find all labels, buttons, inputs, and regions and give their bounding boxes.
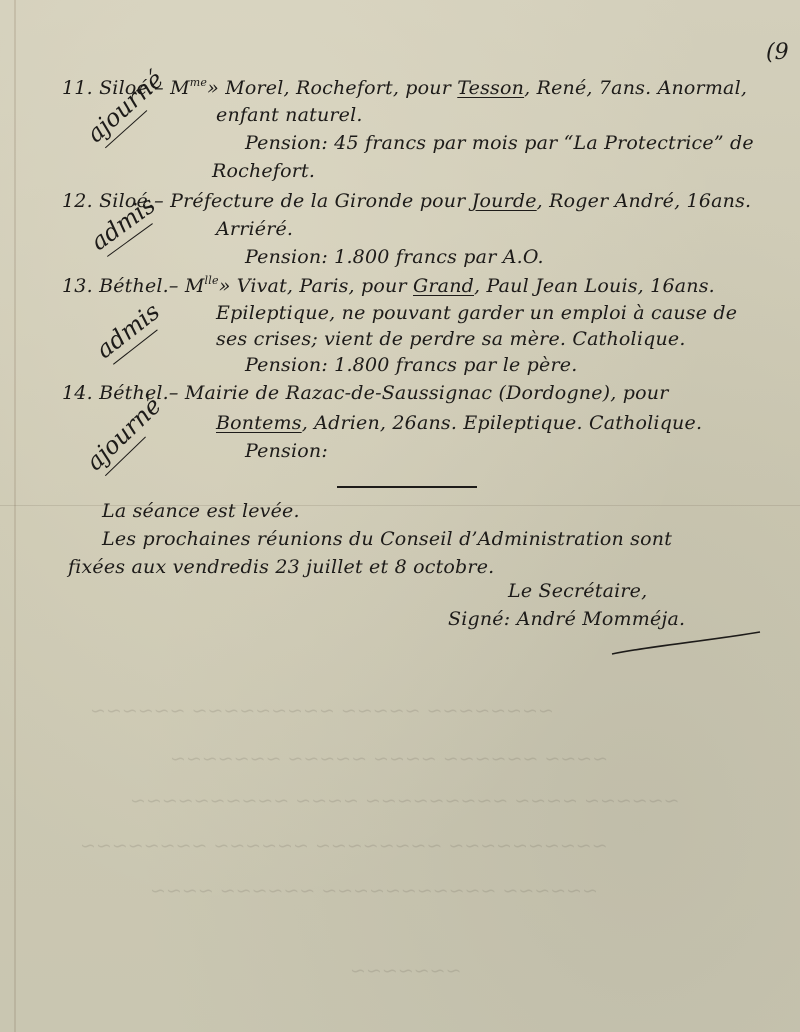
entry-13-line-3: ses crises; vient de perdre sa mère. Cat… <box>216 328 686 350</box>
bleed-through-text: ~~~~~~~~~~ ~~~~~~~~ ~~~~~~ ~~~~~~~~ <box>80 835 608 857</box>
entry-13-line-1: 13. Béthel.– Mlle» Vivat, Paris, pour Gr… <box>62 274 715 297</box>
entry-surname: Jourde <box>472 190 537 212</box>
decision-stamp-ajourne: ajourné <box>81 391 167 476</box>
page-number: (9 <box>766 40 789 65</box>
entry-11-pension: Pension: 45 francs par mois par “La Prot… <box>245 132 754 154</box>
page-edge-shadow <box>14 0 16 1032</box>
entry-surname: Bontems <box>216 412 302 434</box>
bleed-through-text: ~~~~~~~~ ~~~~~ ~~~~~~~~~ ~~~~~~ <box>90 700 554 722</box>
document-page: ~~~~~~~~ ~~~~~ ~~~~~~~~~ ~~~~~~ ~~~~ ~~~… <box>0 0 800 1032</box>
entry-14-line-2: Bontems, Adrien, 26ans. Epileptique. Cat… <box>216 412 702 434</box>
entry-14-pension: Pension: <box>245 440 328 462</box>
signature: Signé: André Momméja. <box>448 608 685 630</box>
entry-place: Béthel. <box>99 382 169 404</box>
signature-flourish <box>610 628 770 658</box>
bleed-through-text: ~~~~~~ ~~~~~~~~~~~ ~~~~~~ ~~~~ <box>150 880 598 902</box>
entry-13-line-2: Epileptique, ne pouvant garder un emploi… <box>216 302 737 324</box>
entry-surname: Tesson <box>457 77 524 99</box>
entry-13-pension: Pension: 1.800 francs par le père. <box>245 354 577 376</box>
closing-line-3: fixées aux vendredis 23 juillet et 8 oct… <box>68 556 494 578</box>
entry-number: 12. <box>62 190 93 212</box>
entry-place: Béthel. <box>99 275 169 297</box>
entry-number: 11. <box>62 77 93 99</box>
entry-number: 14. <box>62 382 93 404</box>
decision-stamp-admis: admis <box>91 297 165 364</box>
entry-12-pension: Pension: 1.800 francs par A.O. <box>245 246 544 268</box>
bleed-through-text: ~~~~ ~~~~~~ ~~~~ ~~~~~ ~~~~~~~ <box>170 748 608 770</box>
entry-surname: Grand <box>413 275 474 297</box>
signature-title: Le Secrétaire, <box>508 580 647 602</box>
entry-12-line-2: Arriéré. <box>216 218 293 240</box>
entry-11-line-2: enfant naturel. <box>216 104 363 126</box>
entry-11-pension-cont: Rochefort. <box>212 160 315 182</box>
entry-12-line-1: 12. Siloé.– Préfecture de la Gironde pou… <box>62 190 751 212</box>
section-divider <box>337 486 477 488</box>
bleed-through-text: ~~~~~~~ <box>350 960 461 982</box>
closing-line-1: La séance est levée. <box>102 500 300 522</box>
bleed-through-text: ~~~~~~ ~~~~ ~~~~~~~~~ ~~~~ ~~~~~~~~~~ <box>130 790 680 812</box>
closing-line-2: Les prochaines réunions du Conseil d’Adm… <box>102 528 672 550</box>
entry-number: 13. <box>62 275 93 297</box>
